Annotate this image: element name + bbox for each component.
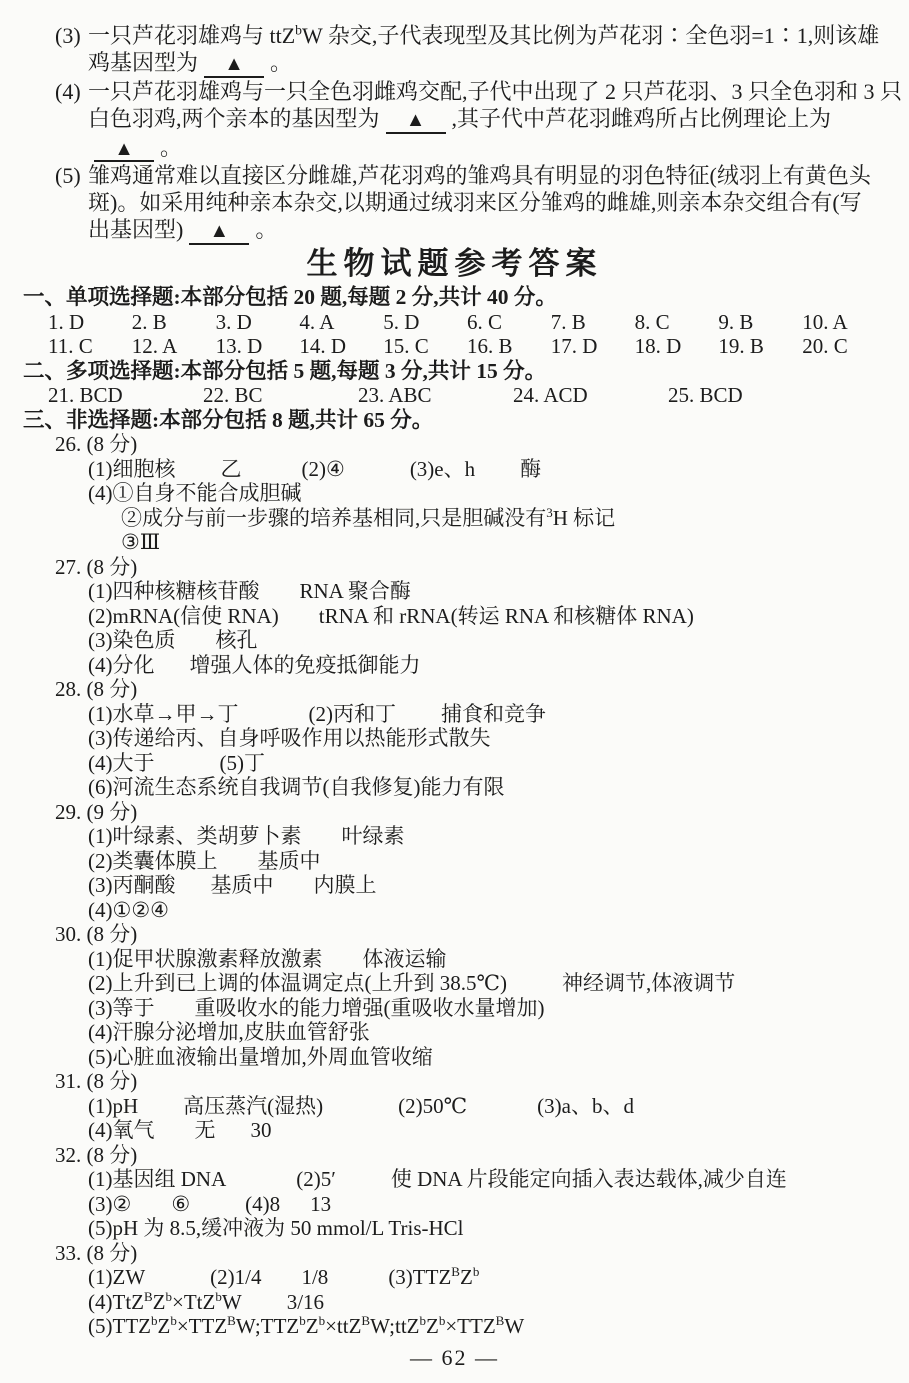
choice-row-1: 1. D2. B3. D4. A5. D6. C7. B8. C9. B10. … bbox=[48, 310, 886, 335]
spacer bbox=[155, 671, 190, 672]
choice-answer: 22. BC bbox=[203, 383, 358, 408]
answer-line: ②成分与前一步骤的培养基相同,只是胆碱没有3H 标记 bbox=[0, 506, 909, 531]
choice-answer: 24. ACD bbox=[513, 383, 668, 408]
question-line: (5)雏鸡通常难以直接区分雌雄,芦花羽鸡的雏鸡具有明显的羽色特征(绒羽上有黄色头 bbox=[0, 162, 909, 189]
answer-line: (6)河流生态系统自我调节(自我修复)能力有限 bbox=[0, 775, 909, 800]
choice-answer: 25. BCD bbox=[668, 383, 823, 408]
spacer bbox=[176, 475, 221, 476]
answer-line: (4)TtZBZb×TtZbW3/16 bbox=[0, 1290, 909, 1315]
spacer bbox=[345, 475, 410, 476]
choice-answer: 4. A bbox=[299, 310, 383, 335]
spacer bbox=[323, 1112, 398, 1113]
superscript: 3 bbox=[546, 505, 553, 520]
spacer bbox=[226, 1185, 296, 1186]
choice-row-2: 11. C12. A13. D14. D15. C16. B17. D18. D… bbox=[48, 334, 886, 359]
choice-answer: 20. C bbox=[802, 334, 886, 359]
answer-question-heading: 32. (8 分) bbox=[0, 1143, 909, 1168]
spacer bbox=[280, 1210, 310, 1211]
spacer bbox=[261, 1283, 301, 1284]
answer-body: 一、单项选择题:本部分包括 20 题,每题 2 分,共计 40 分。 1. D2… bbox=[0, 285, 909, 1339]
spacer bbox=[145, 1283, 210, 1284]
choice-answer: 16. B bbox=[467, 334, 551, 359]
section-heading-multi: 二、多项选择题:本部分包括 5 题,每题 3 分,共计 15 分。 bbox=[0, 359, 909, 384]
answer-line: (1)四种核糖核苷酸RNA 聚合酶 bbox=[0, 579, 909, 604]
spacer bbox=[155, 1136, 195, 1137]
superscript: b bbox=[439, 1313, 446, 1328]
spacer bbox=[155, 1014, 195, 1015]
choice-answer: 23. ABC bbox=[358, 383, 513, 408]
choice-answer: 10. A bbox=[802, 310, 886, 335]
question-line: (4)一只芦花羽雄鸡与一只全色羽雌鸡交配,子代中出现了 2 只芦花羽、3 只全色… bbox=[0, 78, 909, 105]
section-single-choice: 一、单项选择题:本部分包括 20 题,每题 2 分,共计 40 分。 1. D2… bbox=[0, 285, 909, 359]
choice-answer: 13. D bbox=[216, 334, 300, 359]
spacer bbox=[475, 475, 520, 476]
spacer bbox=[216, 1136, 251, 1137]
superscript: B bbox=[227, 1313, 236, 1328]
choice-answer: 7. B bbox=[551, 310, 635, 335]
answer-blank: ▲ bbox=[386, 111, 446, 134]
choice-answer: 6. C bbox=[467, 310, 551, 335]
spacer bbox=[242, 475, 302, 476]
answer-line: (4)氧气无30 bbox=[0, 1118, 909, 1143]
answer-line: (2)mRNA(信使 RNA)tRNA 和 rRNA(转运 RNA 和核糖体 R… bbox=[0, 604, 909, 629]
spacer bbox=[507, 989, 562, 990]
spacer bbox=[131, 1210, 171, 1211]
answer-question-heading: 26. (8 分) bbox=[0, 432, 909, 457]
answer-line: (5)TTZbZb×TTZBW;TTZbZb×ttZBW;ttZbZb×TTZB… bbox=[0, 1314, 909, 1339]
spacer bbox=[396, 720, 441, 721]
answer-line: (3)丙酮酸基质中内膜上 bbox=[0, 873, 909, 898]
choice-row-3: 21. BCD22. BC23. ABC24. ACD25. BCD bbox=[48, 383, 909, 408]
section-heading-single: 一、单项选择题:本部分包括 20 题,每题 2 分,共计 40 分。 bbox=[0, 285, 909, 310]
spacer bbox=[323, 965, 363, 966]
spacer bbox=[260, 597, 300, 598]
spacer bbox=[138, 1112, 183, 1113]
question-number: (5) bbox=[55, 162, 81, 189]
section-free-response: 三、非选择题:本部分包括 8 题,共计 65 分。 26. (8 分)(1)细胞… bbox=[0, 408, 909, 1339]
superscript: B bbox=[144, 1289, 153, 1304]
answer-line: (3)②⑥(4)813 bbox=[0, 1192, 909, 1217]
answer-line: (1)水草→甲→丁(2)丙和丁捕食和竞争 bbox=[0, 702, 909, 727]
choice-answer: 15. C bbox=[383, 334, 467, 359]
question-line: 白色羽鸡,两个亲本的基因型为▲,其子代中芦花羽雌鸡所占比例理论上为 bbox=[0, 105, 909, 134]
answer-line: (3)等于重吸收水的能力增强(重吸收水量增加) bbox=[0, 996, 909, 1021]
spacer bbox=[176, 646, 216, 647]
section-heading-free: 三、非选择题:本部分包括 8 题,共计 65 分。 bbox=[0, 408, 909, 433]
answer-line: (4)①②④ bbox=[0, 898, 909, 923]
answer-line: (1)细胞核乙(2)④(3)e、h酶 bbox=[0, 457, 909, 482]
section-multi-choice: 二、多项选择题:本部分包括 5 题,每题 3 分,共计 15 分。 21. BC… bbox=[0, 359, 909, 408]
answer-question-heading: 29. (9 分) bbox=[0, 800, 909, 825]
answer-line: (5)心脏血液输出量增加,外周血管收缩 bbox=[0, 1045, 909, 1070]
spacer bbox=[155, 769, 220, 770]
question-line: (3)一只芦花羽雄鸡与 ttZbW 杂交,子代表现型及其比例为芦花羽∶全色羽=1… bbox=[0, 22, 909, 49]
page-number: — 62 — bbox=[0, 1345, 909, 1370]
spacer bbox=[190, 1210, 245, 1211]
spacer bbox=[239, 720, 309, 721]
answer-line: (1)基因组 DNA(2)5′使 DNA 片段能定向插入表达载体,减少自连 bbox=[0, 1167, 909, 1192]
superscript: B bbox=[361, 1313, 370, 1328]
choice-answer: 14. D bbox=[299, 334, 383, 359]
answer-line: (1)ZW(2)1/41/8(3)TTZBZb bbox=[0, 1265, 909, 1290]
superscript: b bbox=[151, 1313, 158, 1328]
answer-line: (2)类囊体膜上基质中 bbox=[0, 849, 909, 874]
choice-answer: 9. B bbox=[718, 310, 802, 335]
question-line: ▲。 bbox=[0, 134, 909, 163]
answer-question-heading: 27. (8 分) bbox=[0, 555, 909, 580]
answer-question-heading: 30. (8 分) bbox=[0, 922, 909, 947]
answer-blank: ▲ bbox=[94, 140, 154, 163]
answer-line: (4)分化增强人体的免疫抵御能力 bbox=[0, 653, 909, 678]
choice-answer: 3. D bbox=[216, 310, 300, 335]
question-line: 鸡基因型为▲。 bbox=[0, 49, 909, 78]
choice-answer: 21. BCD bbox=[48, 383, 203, 408]
answers: 26. (8 分)(1)细胞核乙(2)④(3)e、h酶(4)①自身不能合成胆碱②… bbox=[0, 432, 909, 1339]
answer-line: (3)传递给丙、自身呼吸作用以热能形式散失 bbox=[0, 726, 909, 751]
superscript: b bbox=[299, 1313, 306, 1328]
spacer bbox=[279, 622, 319, 623]
question-line: 斑)。如采用纯种亲本杂交,以期通过绒羽来区分雏鸡的雌雄,则亲本杂交组合有(写 bbox=[0, 189, 909, 216]
choice-answer: 18. D bbox=[635, 334, 719, 359]
superscript: b bbox=[319, 1313, 326, 1328]
spacer bbox=[467, 1112, 537, 1113]
choice-answer: 1. D bbox=[48, 310, 132, 335]
document-page: (3)一只芦花羽雄鸡与 ttZbW 杂交,子代表现型及其比例为芦花羽∶全色羽=1… bbox=[0, 0, 909, 1383]
superscript: b bbox=[473, 1264, 480, 1279]
spacer bbox=[218, 867, 258, 868]
answer-blank: ▲ bbox=[189, 222, 249, 245]
superscript: b bbox=[170, 1313, 177, 1328]
spacer bbox=[176, 891, 211, 892]
preamble: (3)一只芦花羽雄鸡与 ttZbW 杂交,子代表现型及其比例为芦花羽∶全色羽=1… bbox=[0, 22, 909, 245]
answer-line: (4)①自身不能合成胆碱 bbox=[0, 481, 909, 506]
superscript: b bbox=[166, 1289, 173, 1304]
spacer bbox=[302, 842, 342, 843]
question-number: (4) bbox=[55, 78, 81, 105]
choice-answer: 5. D bbox=[383, 310, 467, 335]
question-number: (3) bbox=[55, 22, 81, 49]
choice-answer: 2. B bbox=[132, 310, 216, 335]
answer-line: (1)叶绿素、类胡萝卜素叶绿素 bbox=[0, 824, 909, 849]
answer-question-heading: 31. (8 分) bbox=[0, 1069, 909, 1094]
answer-line: ③Ⅲ bbox=[0, 530, 909, 555]
spacer bbox=[274, 891, 314, 892]
superscript: b bbox=[215, 1289, 222, 1304]
answer-question-heading: 33. (8 分) bbox=[0, 1241, 909, 1266]
answer-blank: ▲ bbox=[204, 55, 264, 78]
superscript: B bbox=[496, 1313, 505, 1328]
answer-line: (5)pH 为 8.5,缓冲液为 50 mmol/L Tris-HCl bbox=[0, 1216, 909, 1241]
question-line: 出基因型)▲。 bbox=[0, 216, 909, 245]
superscript: b bbox=[295, 23, 302, 38]
spacer bbox=[242, 1308, 287, 1309]
document-content: (3)一只芦花羽雄鸡与 ttZbW 杂交,子代表现型及其比例为芦花羽∶全色羽=1… bbox=[0, 22, 909, 1370]
answer-line: (3)染色质核孔 bbox=[0, 628, 909, 653]
spacer bbox=[328, 1283, 388, 1284]
answer-question-heading: 28. (8 分) bbox=[0, 677, 909, 702]
answer-line: (4)大于(5)丁 bbox=[0, 751, 909, 776]
answer-line: (2)上升到已上调的体温调定点(上升到 38.5℃)神经调节,体液调节 bbox=[0, 971, 909, 996]
choice-answer: 8. C bbox=[635, 310, 719, 335]
choice-answer: 11. C bbox=[48, 334, 132, 359]
choice-answer: 19. B bbox=[718, 334, 802, 359]
choice-answer: 17. D bbox=[551, 334, 635, 359]
spacer bbox=[336, 1185, 391, 1186]
choice-answer: 12. A bbox=[132, 334, 216, 359]
superscript: b bbox=[419, 1313, 426, 1328]
page-title: 生物试题参考答案 bbox=[0, 247, 909, 281]
answer-line: (4)汗腺分泌增加,皮肤血管舒张 bbox=[0, 1020, 909, 1045]
answer-line: (1)促甲状腺激素释放激素体液运输 bbox=[0, 947, 909, 972]
superscript: B bbox=[451, 1264, 460, 1279]
answer-line: (1)pH高压蒸汽(湿热)(2)50℃(3)a、b、d bbox=[0, 1094, 909, 1119]
